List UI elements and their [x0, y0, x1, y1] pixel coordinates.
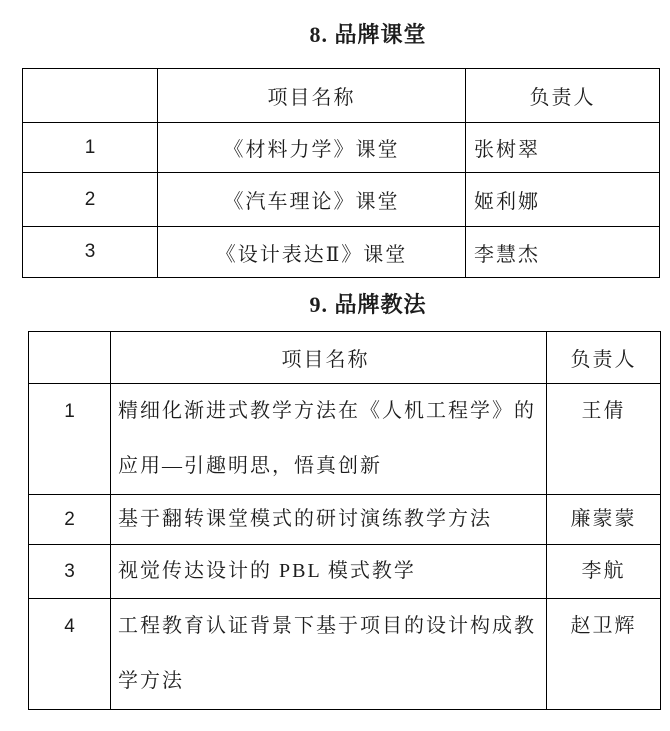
table-header-row: 项目名称 负责人 — [29, 332, 661, 384]
row-leader-cell: 李航 — [547, 545, 661, 599]
row-name-cell: 《材料力学》课堂 — [158, 123, 466, 173]
table-header-row: 项目名称 负责人 — [23, 69, 660, 123]
row-leader-cell: 王倩 — [547, 384, 661, 495]
row-leader-cell: 姬利娜 — [466, 173, 660, 227]
table-row: 3 《设计表达Ⅱ》课堂 李慧杰 — [23, 227, 660, 278]
brand-teaching-method-table: 项目名称 负责人 1 精细化渐进式教学方法在《人机工程学》的应用—引趣明思，悟真… — [28, 331, 661, 710]
table-row: 3 视觉传达设计的 PBL 模式教学 李航 — [29, 545, 661, 599]
row-index-cell: 3 — [29, 545, 111, 599]
section-title-brand-teaching-method: 9. 品牌教法 — [33, 292, 670, 318]
row-leader-cell: 张树翠 — [466, 123, 660, 173]
table-row: 4 工程教育认证背景下基于项目的设计构成教学方法 赵卫辉 — [29, 599, 661, 710]
row-name-cell: 视觉传达设计的 PBL 模式教学 — [111, 545, 547, 599]
brand-classroom-table: 项目名称 负责人 1 《材料力学》课堂 张树翠 2 《汽车理论》课堂 姬利娜 3… — [22, 68, 660, 278]
row-name-cell: 基于翻转课堂模式的研讨演练教学方法 — [111, 495, 547, 545]
row-name-cell: 精细化渐进式教学方法在《人机工程学》的应用—引趣明思，悟真创新 — [111, 384, 547, 495]
header-name-cell: 项目名称 — [111, 332, 547, 384]
row-name-cell: 工程教育认证背景下基于项目的设计构成教学方法 — [111, 599, 547, 710]
row-leader-cell: 廉蒙蒙 — [547, 495, 661, 545]
section-title-brand-classroom: 8. 品牌课堂 — [33, 0, 670, 48]
header-leader-cell: 负责人 — [466, 69, 660, 123]
table-row: 1 精细化渐进式教学方法在《人机工程学》的应用—引趣明思，悟真创新 王倩 — [29, 384, 661, 495]
row-index-cell: 4 — [29, 599, 111, 710]
row-index-cell: 2 — [23, 173, 158, 227]
header-leader-cell: 负责人 — [547, 332, 661, 384]
table-row: 2 《汽车理论》课堂 姬利娜 — [23, 173, 660, 227]
row-index-cell: 1 — [23, 123, 158, 173]
row-leader-cell: 赵卫辉 — [547, 599, 661, 710]
table-row: 1 《材料力学》课堂 张树翠 — [23, 123, 660, 173]
header-index-cell — [23, 69, 158, 123]
header-name-cell: 项目名称 — [158, 69, 466, 123]
row-name-cell: 《汽车理论》课堂 — [158, 173, 466, 227]
table-row: 2 基于翻转课堂模式的研讨演练教学方法 廉蒙蒙 — [29, 495, 661, 545]
row-index-cell: 2 — [29, 495, 111, 545]
row-name-cell: 《设计表达Ⅱ》课堂 — [158, 227, 466, 278]
row-leader-cell: 李慧杰 — [466, 227, 660, 278]
header-index-cell — [29, 332, 111, 384]
document-page: 8. 品牌课堂 项目名称 负责人 1 《材料力学》课堂 张树翠 2 《汽车理论》… — [0, 0, 670, 731]
row-index-cell: 3 — [23, 227, 158, 278]
row-index-cell: 1 — [29, 384, 111, 495]
